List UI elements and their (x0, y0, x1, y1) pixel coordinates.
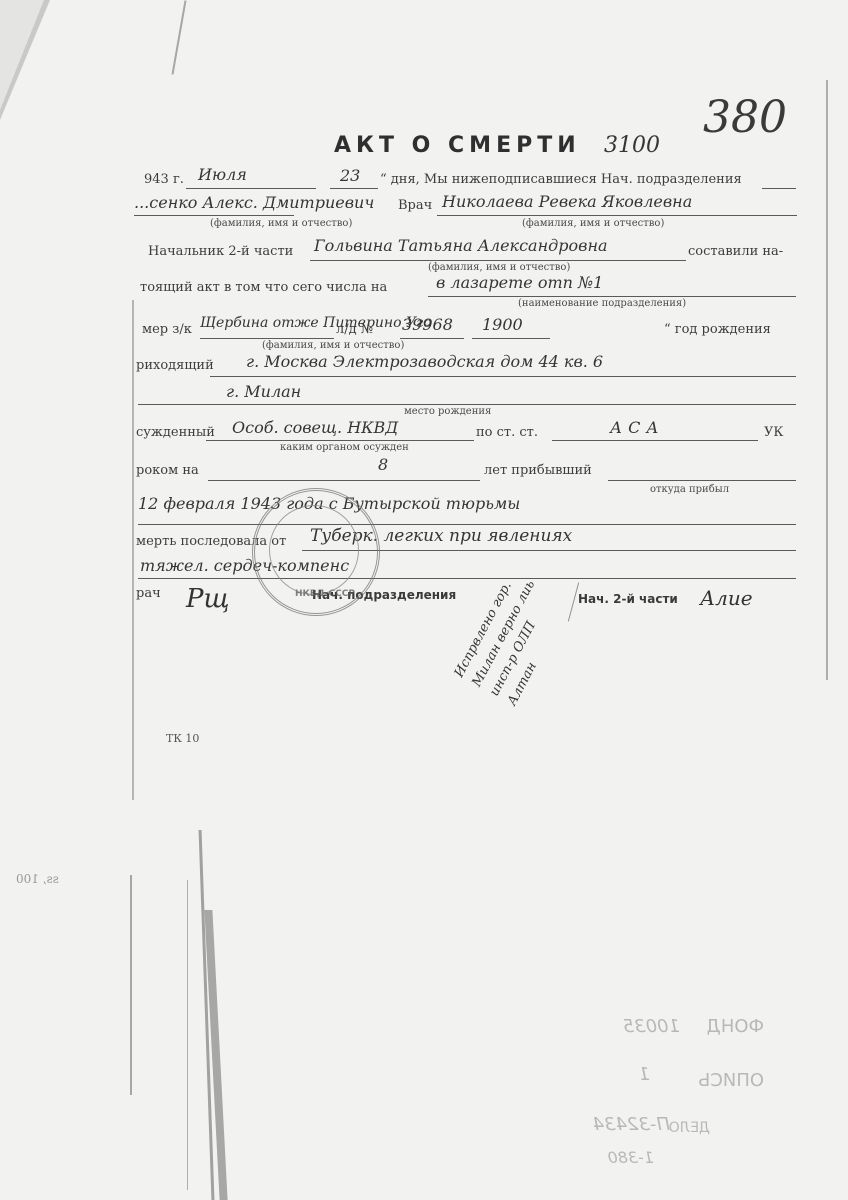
folded-corner-inner (0, 0, 44, 110)
fond-label: ФОНД (707, 1016, 764, 1037)
birth-year-label: “ год рождения (664, 322, 771, 337)
stamp-text: НКВД-СССР (295, 589, 355, 599)
caption-organ: каким органом осужден (280, 442, 409, 453)
left-margin-mark: ss, 100 (16, 872, 59, 886)
archive-number: 380 (703, 92, 787, 143)
doctor-signature-label: рач (136, 586, 161, 601)
part2-signature: Алие (700, 586, 753, 610)
criminal-code-label: УК (764, 425, 783, 440)
form-code: ТК 10 (166, 732, 199, 745)
year-prefix: 943 г. (144, 172, 184, 187)
caption-fio: (фамилия, имя и отчество) (262, 340, 404, 351)
reverse-side-archive-stamp: ФОНД 10035 ОПИСЬ 1 ДЕЛО П-32434 1-380 (560, 980, 830, 1180)
scan-streak-left (130, 875, 132, 1095)
line3-tail: составили на- (688, 244, 783, 259)
convicting-organ-field: Особ. совещ. НКВД (232, 418, 398, 437)
part2-chief-label: Начальник 2-й части (148, 244, 293, 259)
caption-fio: (фамилия, имя и отчество) (428, 262, 570, 273)
title-annotation: 3100 (604, 133, 660, 158)
scan-scratch (172, 0, 187, 74)
line1-text: “ дня, Мы нижеподписавшиеся Нач. подразд… (380, 172, 742, 187)
opis-label: ОПИСЬ (698, 1070, 764, 1091)
residence-field: г. Москва Электрозаводская дом 44 кв. 6 (246, 352, 603, 371)
birth-year-field: 1900 (482, 315, 523, 334)
fond-number: 10035 (623, 1016, 680, 1037)
day-field: 23 (340, 166, 360, 185)
doctor-label: Врач (398, 198, 432, 213)
delo-number: П-32434 (593, 1114, 670, 1135)
ld-label: л/д № (336, 322, 373, 337)
right-margin-line (826, 80, 828, 680)
scanned-page: 380 АКТ О СМЕРТИ 3100 943 г. Июля 23 “ д… (0, 0, 848, 1200)
act-text: тоящий акт в том что сего числа на (140, 280, 387, 295)
ld-number-field: 39968 (402, 315, 453, 334)
prisoner-name-field: Щербина отже Питерино Уго (200, 315, 432, 331)
month-field: Июля (198, 165, 247, 184)
opis-number: 1 (639, 1064, 650, 1085)
term-field: 8 (378, 455, 388, 474)
left-margin-line (132, 300, 134, 800)
head-name-field: ...сенко Алекс. Дмитриевич (134, 193, 374, 212)
term-label: роком на (136, 463, 199, 478)
convicted-label: сужденный (136, 425, 215, 440)
caption-from: откуда прибыл (650, 484, 729, 495)
article-label: по ст. ст. (476, 425, 538, 440)
caption-birthplace: место рождения (404, 406, 491, 417)
prisoner-label: мер з/к (142, 322, 192, 337)
part2-signature-label: Нач. 2-й части (578, 592, 678, 606)
delo-label: ДЕЛО (669, 1120, 710, 1136)
birthplace-field: г. Милан (226, 382, 301, 401)
part2-chief-name-field: Гольвина Татьяна Александровна (314, 236, 608, 255)
residence-label: риходящий (136, 358, 214, 373)
margin-correction-note: Испрвлено гор. Милан верно лиь инсп-р ОЛ… (450, 557, 582, 709)
caption-unit: (наименование подразделения) (518, 298, 686, 309)
article-field: АСА (610, 418, 664, 437)
official-stamp: НКВД-СССР (252, 488, 380, 616)
arrived-label: лет прибывший (484, 463, 592, 478)
document-title: АКТ О СМЕРТИ (334, 133, 581, 158)
doctor-signature: Рщ (186, 584, 230, 614)
caption-fio: (фамилия, имя и отчество) (522, 218, 664, 229)
sheet-number: 1-380 (608, 1148, 655, 1167)
unit-field: в лазарете отп №1 (436, 273, 603, 292)
scan-streak-thin (187, 880, 188, 1190)
doctor-name-field: Николаева Ревека Яковлевна (442, 192, 692, 211)
caption-fio: (фамилия, имя и отчество) (210, 218, 352, 229)
